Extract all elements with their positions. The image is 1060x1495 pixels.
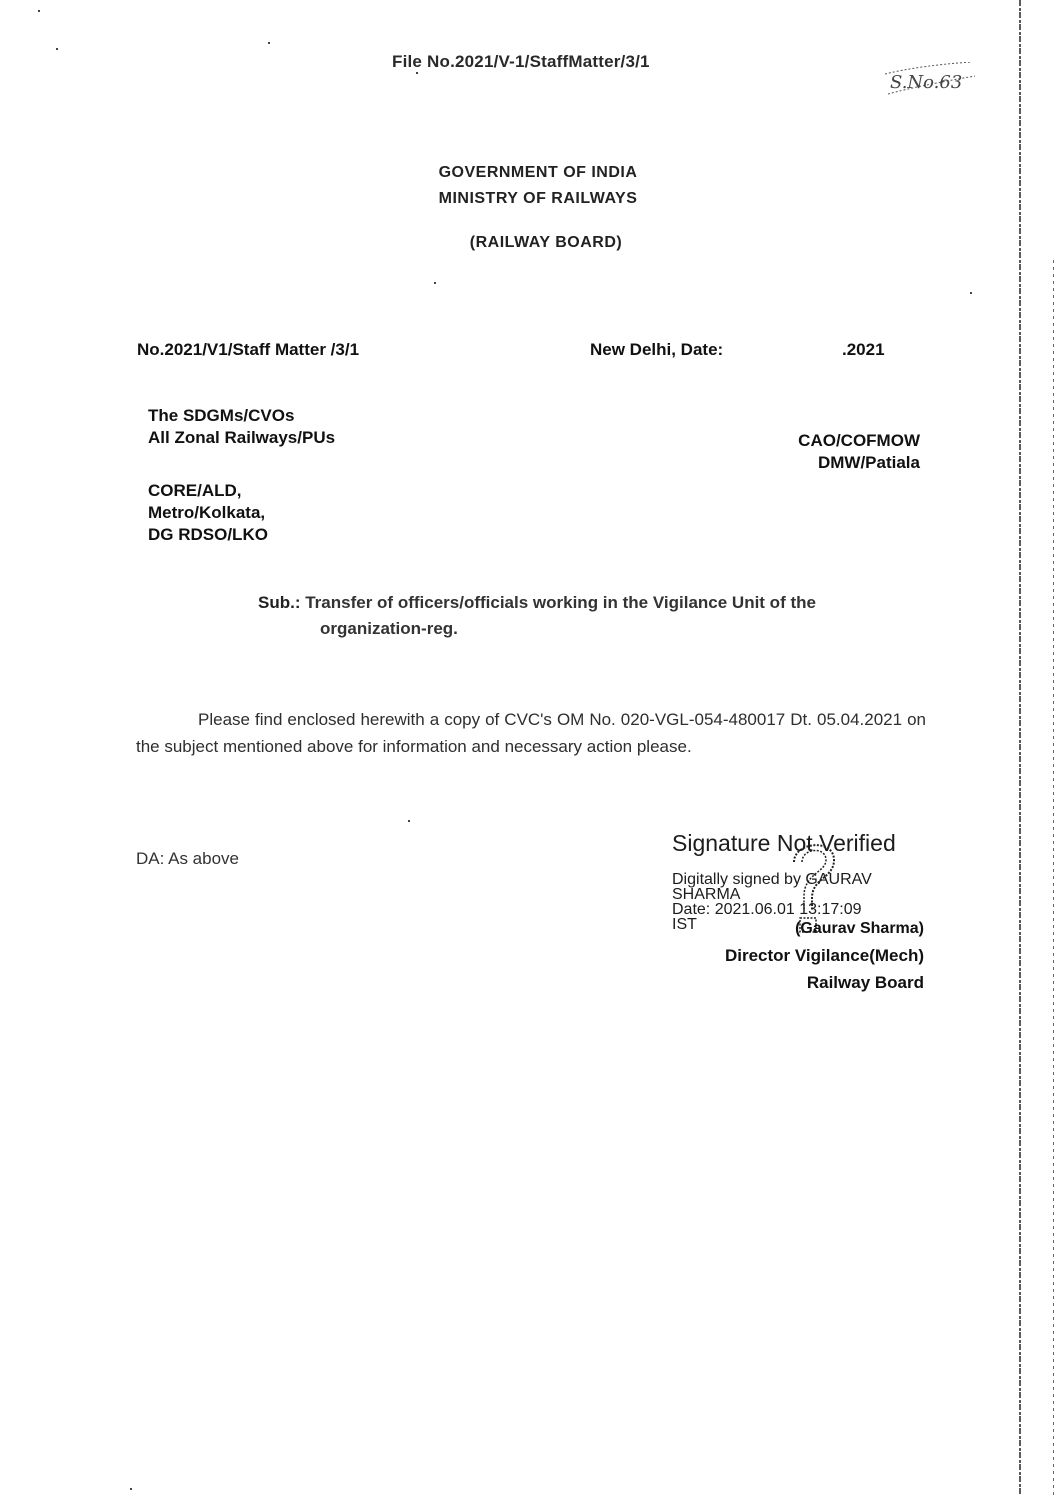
date-label: New Delhi, Date:	[590, 340, 723, 360]
addressee-group-1: The SDGMs/CVOs All Zonal Railways/PUs	[148, 405, 335, 449]
file-number: File No.2021/V-1/StaffMatter/3/1	[392, 52, 650, 72]
scan-edge-line	[1018, 0, 1022, 1495]
addressee-line: The SDGMs/CVOs	[148, 405, 335, 427]
scan-speck	[408, 820, 410, 822]
letterhead: GOVERNMENT OF INDIA MINISTRY OF RAILWAYS	[0, 160, 1060, 212]
addressee-line: DG RDSO/LKO	[148, 524, 268, 546]
addressee-line: CORE/ALD,	[148, 480, 268, 502]
scan-speck	[38, 10, 40, 12]
body-paragraph: Please find enclosed herewith a copy of …	[136, 706, 926, 760]
scan-speck	[268, 42, 270, 44]
subject-label: Sub.:	[258, 593, 301, 612]
scan-speck	[970, 292, 972, 294]
scan-speck	[434, 282, 436, 284]
date-year: .2021	[842, 340, 885, 360]
digital-signature-block: Signature Not Verified Digitally signed …	[672, 830, 932, 1010]
subject: Sub.: Transfer of officers/officials wor…	[258, 590, 816, 642]
scan-speck	[56, 48, 58, 50]
addressee-line: All Zonal Railways/PUs	[148, 427, 335, 449]
scan-edge-line-outer	[1052, 260, 1055, 1495]
letterhead-ministry: MINISTRY OF RAILWAYS	[0, 186, 1060, 212]
scan-speck	[416, 72, 418, 74]
subject-line-1: Transfer of officers/officials working i…	[305, 593, 816, 612]
svg-text:S.No.63: S.No.63	[890, 72, 962, 93]
enclosure-note: DA: As above	[136, 849, 239, 869]
reference-number: No.2021/V1/Staff Matter /3/1	[137, 340, 359, 360]
subject-line-2: organization-reg.	[258, 616, 816, 642]
handwritten-serial-note: S.No.63	[880, 62, 980, 102]
signatory-name: (Gaurav Sharma)	[795, 920, 924, 938]
addressee-line: Metro/Kolkata,	[148, 502, 268, 524]
document-page: File No.2021/V-1/StaffMatter/3/1 S.No.63…	[0, 0, 1060, 1495]
addressee-group-2: CORE/ALD, Metro/Kolkata, DG RDSO/LKO	[148, 480, 268, 546]
scan-speck	[130, 1488, 132, 1490]
signatory-designation: Director Vigilance(Mech)	[725, 946, 924, 966]
letterhead-government: GOVERNMENT OF INDIA	[0, 160, 1060, 186]
addressee-group-right: CAO/COFMOW DMW/Patiala	[798, 430, 920, 474]
addressee-line: DMW/Patiala	[798, 452, 920, 474]
addressee-line: CAO/COFMOW	[798, 430, 920, 452]
signatory-organization: Railway Board	[807, 973, 924, 993]
letterhead-board: (RAILWAY BOARD)	[0, 234, 1060, 252]
